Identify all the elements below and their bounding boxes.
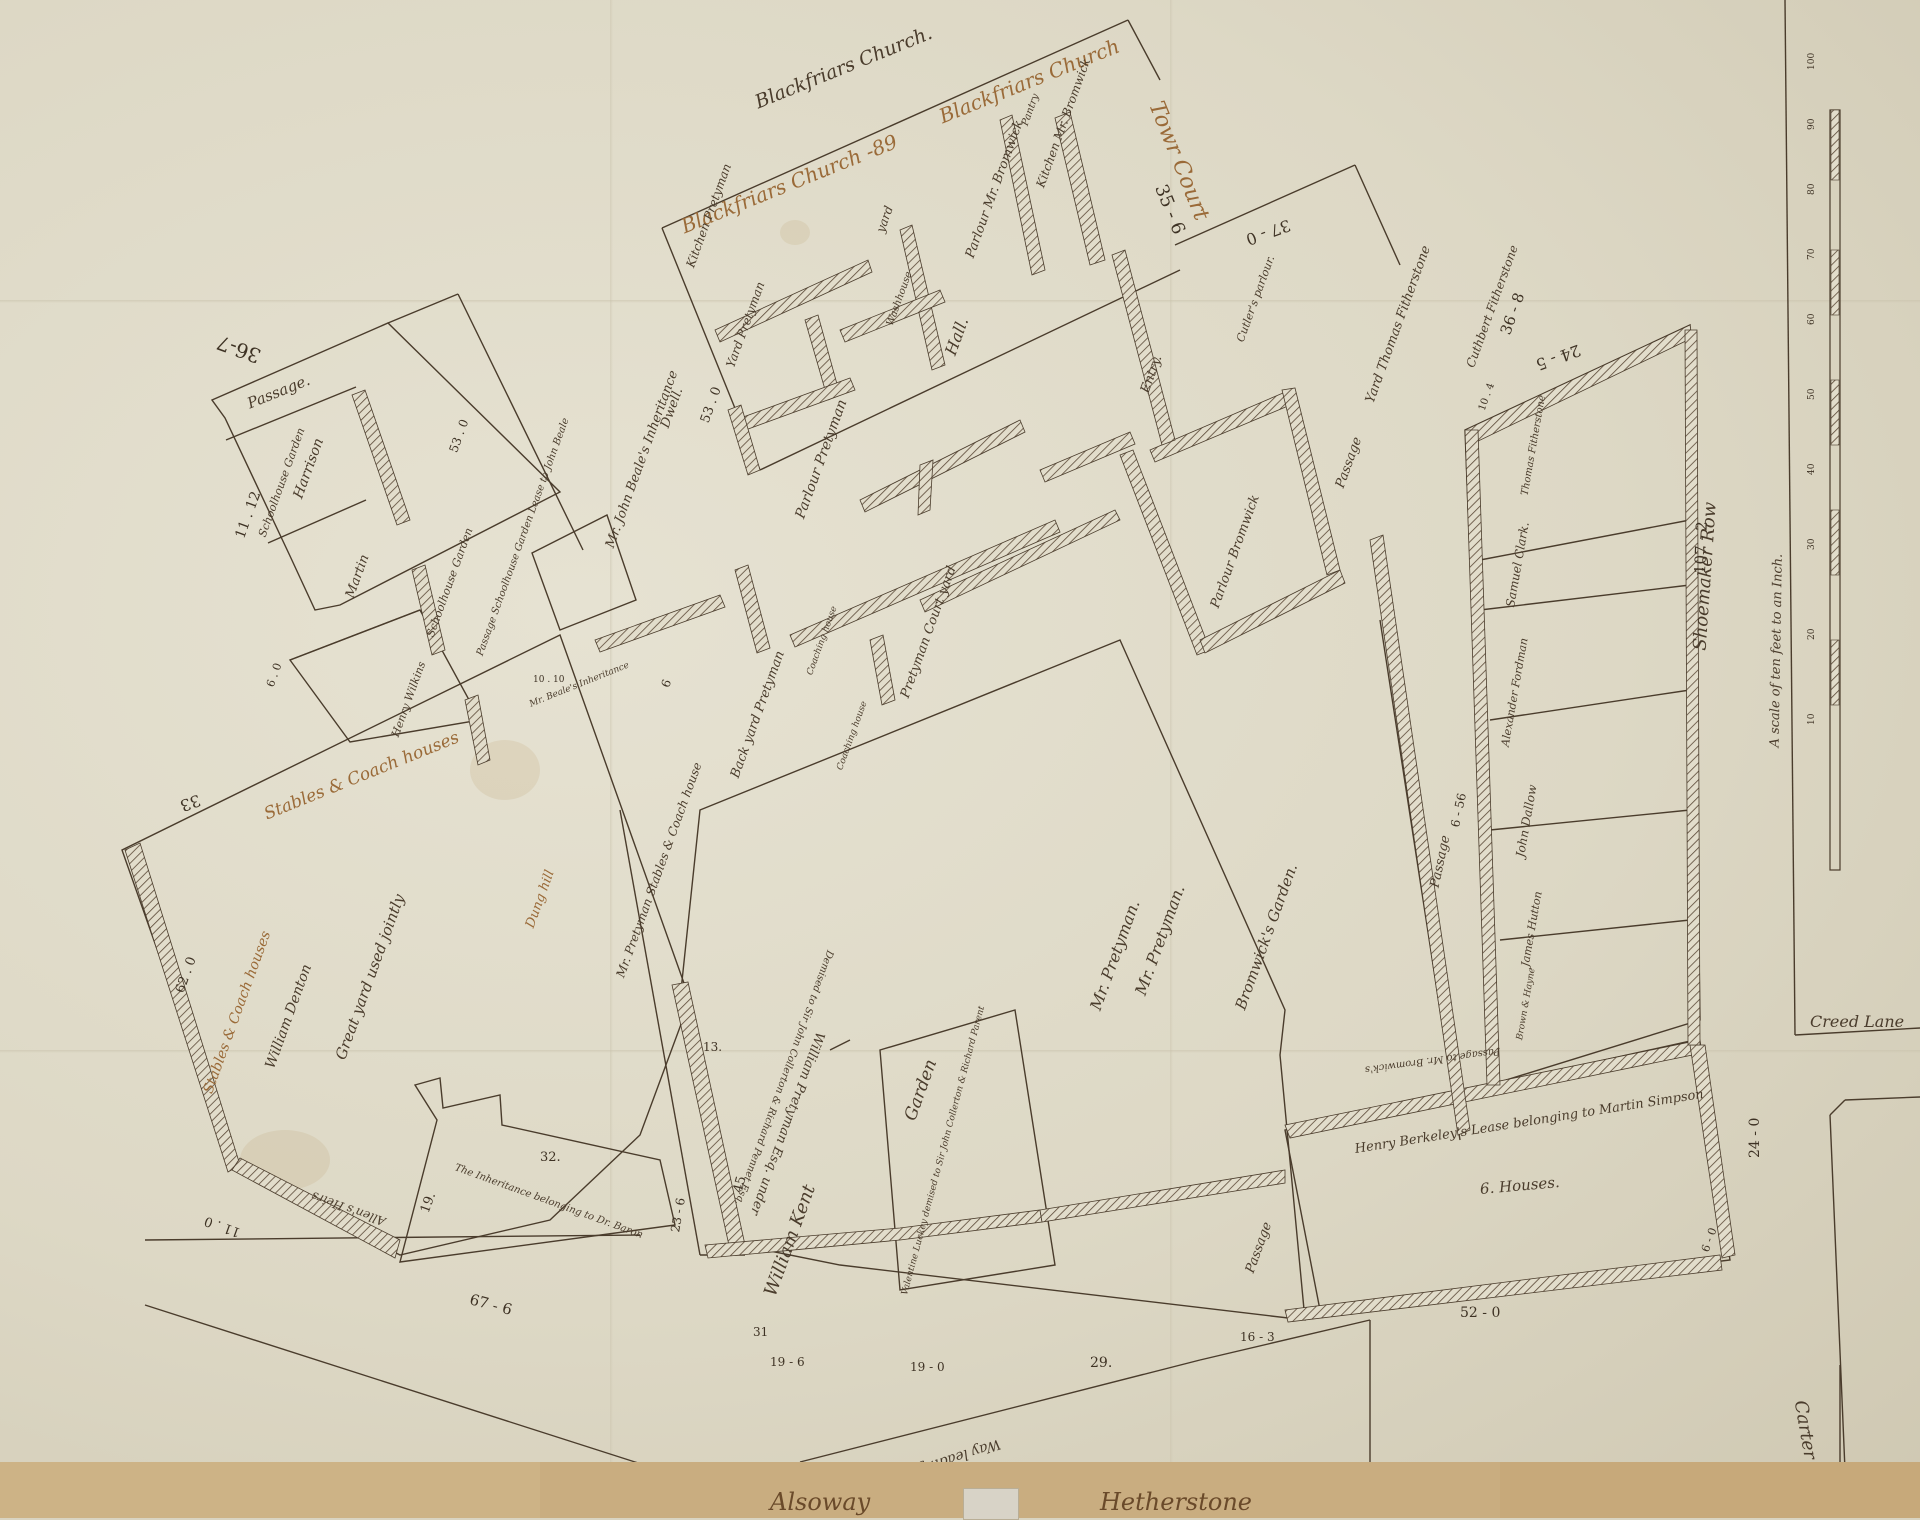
scale-tick: 70 — [1807, 249, 1817, 260]
dimension-label: 107 - 2 — [1691, 521, 1711, 574]
dimension-label: 13. — [703, 1040, 722, 1054]
scale-tick: 20 — [1807, 629, 1817, 640]
mounting-strip — [0, 1462, 1920, 1518]
dimension-label: 19 - 6 — [770, 1355, 805, 1369]
strip-label-right: Hetherstone — [1100, 1488, 1252, 1516]
scale-tick: 100 — [1807, 53, 1817, 70]
scale-tick: 10 — [1807, 714, 1817, 725]
dimension-label: 10 . 10 — [533, 675, 565, 685]
plan-drawing — [0, 0, 1920, 1518]
scale-tick: 30 — [1807, 539, 1817, 550]
dimension-label: 32. — [540, 1150, 561, 1165]
street-label-creed-lane: Creed Lane — [1810, 1012, 1904, 1031]
scale-tick: 60 — [1807, 314, 1817, 325]
strip-tab — [0, 1462, 540, 1518]
scale-tick: 50 — [1807, 389, 1817, 400]
dimension-label: 31 — [753, 1325, 768, 1339]
scale-tick: 90 — [1807, 119, 1817, 130]
dimension-label: 24 - 0 — [1747, 1118, 1763, 1158]
strip-label-left: Alsoway — [770, 1488, 870, 1516]
dimension-label: 16 - 3 — [1240, 1330, 1275, 1344]
dimension-label: 29. — [1090, 1355, 1112, 1371]
parchment-sheet: Blackfriars Church. Blackfriars Church -… — [0, 0, 1920, 1518]
scale-tick: 40 — [1807, 464, 1817, 475]
strip-tab — [1500, 1462, 1920, 1518]
dimension-label: 52 - 0 — [1460, 1305, 1500, 1321]
dimension-label: 19 - 0 — [910, 1360, 945, 1374]
scale-tick: 80 — [1807, 184, 1817, 195]
paper-patch — [963, 1488, 1019, 1518]
